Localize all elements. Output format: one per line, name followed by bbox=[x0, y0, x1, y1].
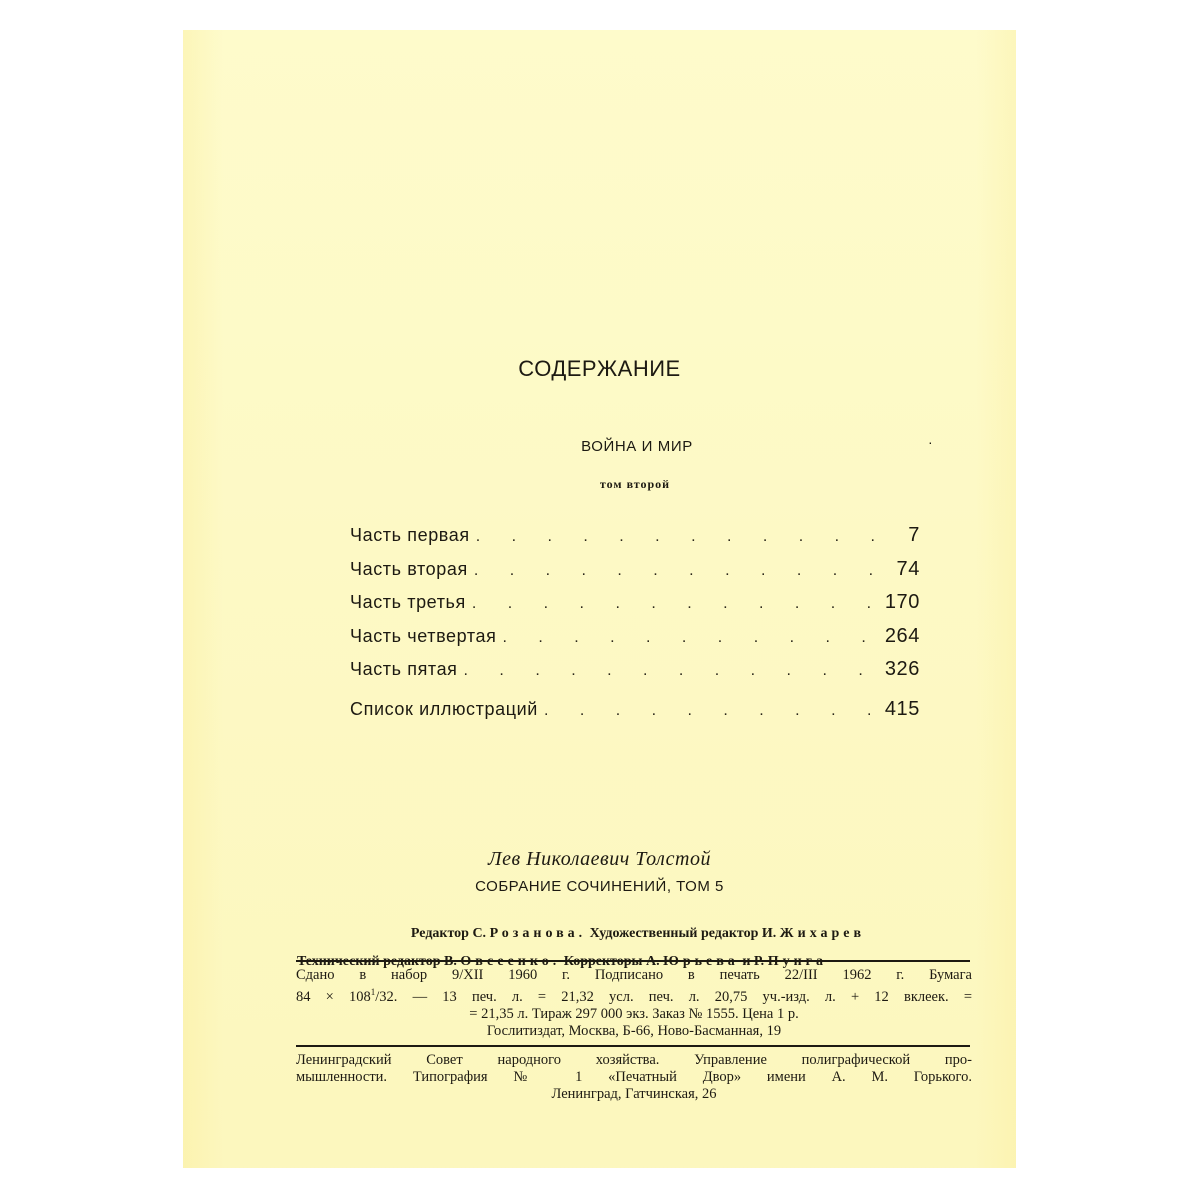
printer-line: мышленности. Типография № 1 «Печатный Дв… bbox=[296, 1069, 972, 1086]
toc-entry: Часть третья . . . . . . . . . . . . . .… bbox=[350, 591, 920, 625]
toc-entry: Часть вторая . . . . . . . . . . . . . .… bbox=[350, 558, 920, 592]
dot-leader: . . . . . . . . . . . . . . . . . . . . … bbox=[474, 562, 878, 580]
toc-entry-label: Часть первая bbox=[350, 525, 476, 546]
toc-entry-label: Список иллюстраций bbox=[350, 699, 544, 720]
dot-leader: . . . . . . . . . . . . . . . . . . . . … bbox=[544, 702, 878, 720]
editor-name: Розанова. bbox=[490, 926, 587, 941]
collection-title: СОБРАНИЕ СОЧИНЕНИЙ, ТОМ 5 bbox=[183, 878, 1016, 895]
imprint-line: = 21,35 л. Тираж 297 000 экз. Заказ № 15… bbox=[296, 1006, 972, 1023]
work-title: ВОЙНА И МИР bbox=[183, 438, 1091, 455]
toc-entry-page: 74 bbox=[878, 558, 920, 581]
toc-entry: Часть четвертая . . . . . . . . . . . . … bbox=[350, 625, 920, 659]
art-editor-name: Жихарев bbox=[780, 926, 865, 941]
dot-leader: . . . . . . . . . . . . . . . . . . . . … bbox=[476, 528, 878, 546]
toc-list: Часть первая . . . . . . . . . . . . . .… bbox=[350, 524, 920, 731]
printer-imprint: Ленинградский Совет народного хозяйства.… bbox=[296, 1052, 972, 1103]
toc-entry-page: 415 bbox=[878, 698, 920, 721]
paper-format: 84 × 108 bbox=[296, 989, 371, 1005]
publisher-address: Гослитиздат, Москва, Б-66, Ново-Басманна… bbox=[296, 1023, 972, 1040]
toc-entry-label: Часть вторая bbox=[350, 559, 474, 580]
printer-line: Ленинградский Совет народного хозяйства.… bbox=[296, 1052, 972, 1069]
toc-entry-label: Часть третья bbox=[350, 592, 472, 613]
printer-address: Ленинград, Гатчинская, 26 bbox=[296, 1086, 972, 1103]
toc-entry-label: Часть пятая bbox=[350, 659, 464, 680]
editor-role: Редактор С. bbox=[411, 926, 486, 941]
author-name: Лев Николаевич Толстой bbox=[183, 848, 1016, 871]
toc-entry: Часть пятая . . . . . . . . . . . . . . … bbox=[350, 658, 920, 692]
divider-rule bbox=[296, 960, 970, 962]
toc-entry-page: 326 bbox=[878, 658, 920, 681]
volume-label: том второй bbox=[183, 477, 1087, 492]
credits-editors: Редактор С. Розанова. Художественный ред… bbox=[303, 926, 973, 942]
dot-leader: . . . . . . . . . . . . . . . . . . . . … bbox=[472, 595, 878, 613]
toc-entry: Часть первая . . . . . . . . . . . . . .… bbox=[350, 524, 920, 558]
art-editor-role: Художественный редактор И. bbox=[590, 926, 777, 941]
dot-leader: . . . . . . . . . . . . . . . . . . . . … bbox=[502, 629, 878, 647]
imprint-line: 84 × 1081/32. — 13 печ. л. = 21,32 усл. … bbox=[296, 984, 972, 1006]
toc-entry-page: 7 bbox=[878, 524, 920, 547]
divider-rule bbox=[296, 1045, 970, 1047]
toc-heading: СОДЕРЖАНИЕ bbox=[183, 356, 1016, 382]
publication-imprint: Сдано в набор 9/XII 1960 г. Подписано в … bbox=[296, 967, 972, 1040]
toc-entry-page: 264 bbox=[878, 625, 920, 648]
toc-entry: Список иллюстраций . . . . . . . . . . .… bbox=[350, 698, 920, 732]
stray-ink-mark: · bbox=[928, 434, 933, 450]
imprint-line: Сдано в набор 9/XII 1960 г. Подписано в … bbox=[296, 967, 972, 984]
print-sheets: /32. — 13 печ. л. = 21,32 усл. печ. л. 2… bbox=[375, 989, 972, 1005]
toc-entry-page: 170 bbox=[878, 591, 920, 614]
toc-entry-label: Часть четвертая bbox=[350, 626, 502, 647]
dot-leader: . . . . . . . . . . . . . . . . . . . . … bbox=[464, 662, 878, 680]
book-page: СОДЕРЖАНИЕ ВОЙНА И МИР · том второй Част… bbox=[183, 30, 1016, 1168]
